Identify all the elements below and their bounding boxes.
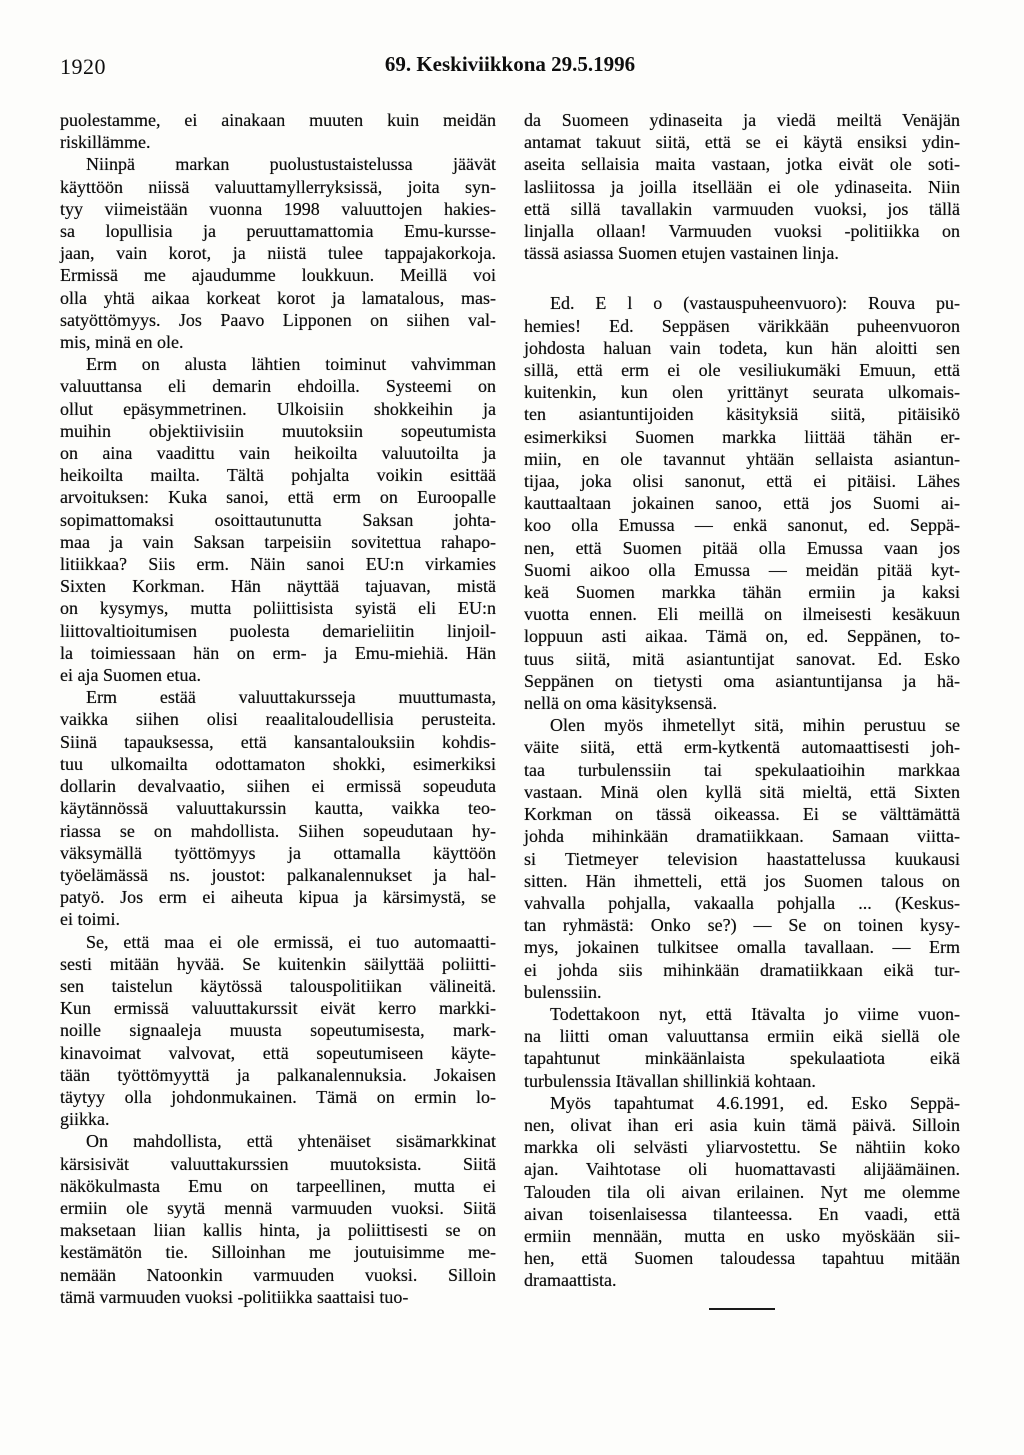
- text-line: vaikka siihen olisi reaalitaloudellisia …: [60, 708, 496, 730]
- text-line: miin, en ole tavannut yhtään sellaista a…: [524, 448, 960, 470]
- section-divider: [709, 1308, 775, 1310]
- paragraph: Ed. E l o (vastauspuheenvuoro): Rouva pu…: [524, 292, 960, 714]
- text-line: tyy viimeistään vuonna 1998 valuuttojen …: [60, 198, 496, 220]
- text-line: la toimiessaan hän on erm- ja Emu-miehiä…: [60, 642, 496, 664]
- text-line: turbulenssia Itävallan shillinkiä kohtaa…: [524, 1070, 960, 1092]
- text-line: nemään Natoonkin varmuuden vuoksi. Sillo…: [60, 1264, 496, 1286]
- text-line: ei aja Suomen etua.: [60, 664, 496, 686]
- text-line: Sixten Korkman. Hän näyttää tajuavan, mi…: [60, 575, 496, 597]
- text-line: Talouden tila oli aivan erilainen. Nyt m…: [524, 1181, 960, 1203]
- text-line: Erm estää valuuttakursseja muuttumasta,: [60, 686, 496, 708]
- text-line: sesti mitään hyvää. Se kuitenkin säilytt…: [60, 953, 496, 975]
- text-line: tapahtunut minkäänlaista spekulaatiota e…: [524, 1047, 960, 1069]
- paragraph: Niinpä markan puolustustaistelussa jäävä…: [60, 153, 496, 353]
- text-line: Kun ermissä valuuttakurssit eivät kerro …: [60, 997, 496, 1019]
- text-line: jaan, vain korot, ja niistä tulee tappaj…: [60, 242, 496, 264]
- text-line: kuitenkin, kun olen yrittänyt seurata ul…: [524, 381, 960, 403]
- text-line: Erm on alusta lähtien toiminut vahvimman: [60, 353, 496, 375]
- text-line: käytännössä valuuttakurssin kautta, vaik…: [60, 797, 496, 819]
- text-line: tämä varmuuden vuoksi -politiikka saatta…: [60, 1286, 496, 1308]
- text-line: tan ryhmästä: Onko se?) — Se on toinen k…: [524, 914, 960, 936]
- text-line: Niinpä markan puolustustaistelussa jäävä…: [60, 153, 496, 175]
- text-line: tässä asiassa Suomen etujen vastainen li…: [524, 242, 960, 264]
- text-line: kärsisivät valuuttakurssien muutoksista.…: [60, 1153, 496, 1175]
- paragraph: da Suomeen ydinaseita ja viedä meiltä Ve…: [524, 109, 960, 264]
- text-line: sa lopullisia ja peruuttamattomia Emu-ku…: [60, 220, 496, 242]
- text-line: maa ja vain Saksan tarpeisiin sovitettua…: [60, 531, 496, 553]
- paragraph: Erm estää valuuttakursseja muuttumasta,v…: [60, 686, 496, 930]
- text-line: heikoilta mailta. Tältä pohjalta voikin …: [60, 464, 496, 486]
- column-left-paragraphs: puolestamme, ei ainakaan muuten kuin mei…: [60, 109, 496, 1308]
- text-line: lasliitossa ja joilla itsellään ei ole y…: [524, 176, 960, 198]
- text-line: johdosta haluan vain todeta, kun hän alo…: [524, 337, 960, 359]
- text-line: da Suomeen ydinaseita ja viedä meiltä Ve…: [524, 109, 960, 131]
- text-line: nen, olivat ihan eri asia kuin tämä päiv…: [524, 1114, 960, 1136]
- text-line: Korkman on tässä oikeassa. Ei se välttäm…: [524, 803, 960, 825]
- paragraph: Myös tapahtumat 4.6.1991, ed. Esko Seppä…: [524, 1092, 960, 1292]
- paragraph: Se, että maa ei ole ermissä, ei tuo auto…: [60, 931, 496, 1131]
- text-line: litiikkaa? Siis erm. Näin sanoi EU:n vir…: [60, 553, 496, 575]
- paragraph: On mahdollista, että yhtenäiset sisämark…: [60, 1130, 496, 1308]
- text-line: näkökulmasta Emu on tarpeellinen, mutta …: [60, 1175, 496, 1197]
- text-line: hemies! Ed. Seppäsen värikkään puheenvuo…: [524, 315, 960, 337]
- text-line: On mahdollista, että yhtenäiset sisämark…: [60, 1130, 496, 1152]
- text-line: työelämässä ns. joustot: palkanalennukse…: [60, 864, 496, 886]
- text-line: kinavoimat valvovat, että sopeutumiseen …: [60, 1042, 496, 1064]
- text-line: satyöttömyys. Jos Paavo Lipponen on siih…: [60, 309, 496, 331]
- text-line: markka oli selvästi yliarvostettu. Se nä…: [524, 1136, 960, 1158]
- text-line: bulenssiin.: [524, 981, 960, 1003]
- text-line: väksymällä työttömyys ja ottamalla käytt…: [60, 842, 496, 864]
- text-line: si Tietmeyer television haastattelussa k…: [524, 848, 960, 870]
- text-line: sopimattomaksi osoittautunutta Saksan jo…: [60, 509, 496, 531]
- text-line: loppuun asti aikaa. Tämä on, ed. Seppäne…: [524, 625, 960, 647]
- text-line: dramaattista.: [524, 1269, 960, 1291]
- text-line: mys, jokainen tulkitsee omalla tavallaan…: [524, 936, 960, 958]
- text-line: keä Suomen markka tähän ermiin ja kaksi: [524, 581, 960, 603]
- text-line: linjalla ollaan! Varmuuden vuoksi -polit…: [524, 220, 960, 242]
- text-line: ten asiantuntijoiden käsityksiä siitä, p…: [524, 403, 960, 425]
- text-line: hen, että Suomen taloudessa tapahtuu mit…: [524, 1247, 960, 1269]
- text-line: antamat takuut siitä, että se ei käytä e…: [524, 131, 960, 153]
- text-line: sitten. Hän ihmetteli, että jos Suomen t…: [524, 870, 960, 892]
- paragraph: puolestamme, ei ainakaan muuten kuin mei…: [60, 109, 496, 153]
- text-line: dollarin devalvaatio, siihen ei ermissä …: [60, 775, 496, 797]
- text-line: Olen myös ihmetellyt sitä, mihin perustu…: [524, 714, 960, 736]
- text-line: vastaan. Minä olen kyllä sitä mieltä, et…: [524, 781, 960, 803]
- paragraph: Todettakoon nyt, että Itävalta jo viime …: [524, 1003, 960, 1092]
- column-right-paragraphs: da Suomeen ydinaseita ja viedä meiltä Ve…: [524, 109, 960, 1292]
- text-line: ajan. Vaihtotase oli huomattavasti alijä…: [524, 1158, 960, 1180]
- text-line: nen, että Suomen pitää olla Emussa vaan …: [524, 537, 960, 559]
- text-line: ermiin mennään, mutta en usko myöskään s…: [524, 1225, 960, 1247]
- text-line: Todettakoon nyt, että Itävalta jo viime …: [524, 1003, 960, 1025]
- page-header: 1920 69. Keskiviikkona 29.5.1996: [60, 52, 960, 82]
- text-line: Myös tapahtumat 4.6.1991, ed. Esko Seppä…: [524, 1092, 960, 1114]
- paragraph: Olen myös ihmetellyt sitä, mihin perustu…: [524, 714, 960, 1003]
- text-line: ei toimi.: [60, 908, 496, 930]
- text-line: riskillämme.: [60, 131, 496, 153]
- text-line: giikka.: [60, 1108, 496, 1130]
- text-line: Ed. E l o (vastauspuheenvuoro): Rouva pu…: [524, 292, 960, 314]
- text-line: olla yhtä aikaa korkeat korot ja lamatal…: [60, 287, 496, 309]
- text-line: noille signaaleja muusta sopeutumisesta,…: [60, 1019, 496, 1041]
- column-left: puolestamme, ei ainakaan muuten kuin mei…: [60, 109, 496, 1310]
- text-line: kestämätön tie. Silloinhan me joutuisimm…: [60, 1241, 496, 1263]
- text-line: tään työttömyyttä ja palkanalennuksia. J…: [60, 1064, 496, 1086]
- text-line: na liitti oman valuuttansa ermiin eikä s…: [524, 1025, 960, 1047]
- text-line: että sillä tavallakin varmuuden vuoksi, …: [524, 198, 960, 220]
- text-line: ollut epäsymmetrinen. Ulkoisiin shokkeih…: [60, 398, 496, 420]
- text-line: Se, että maa ei ole ermissä, ei tuo auto…: [60, 931, 496, 953]
- text-line: mis, minä en ole.: [60, 331, 496, 353]
- text-line: vahvalla pohjalla, vakaalla pohjalla ...…: [524, 892, 960, 914]
- text-line: Ermissä me ajaudumme loukkuun. Meillä vo…: [60, 264, 496, 286]
- paragraph: Erm on alusta lähtien toiminut vahvimman…: [60, 353, 496, 686]
- text-line: nellä on oma käsityksensä.: [524, 692, 960, 714]
- text-line: tuus siitä, mitä asiantuntijat sanovat. …: [524, 648, 960, 670]
- text-line: taa turbulenssiin tai spekulaatioihin ma…: [524, 759, 960, 781]
- text-line: tuu ulkomailta odottamaton shokki, esime…: [60, 753, 496, 775]
- text-line: johda mihinkään dramatiikkaan. Samaan vi…: [524, 825, 960, 847]
- text-line: aivan toisenlaisessa tilanteessa. En vaa…: [524, 1203, 960, 1225]
- text-line: liittovaltioitumisen puolesta demarielii…: [60, 620, 496, 642]
- text-line: patyö. Jos erm ei aiheuta kipua ja kärsi…: [60, 886, 496, 908]
- text-line: koo olla Emussa — enkä sanonut, ed. Sepp…: [524, 514, 960, 536]
- text-line: sillä, että erm ei ole vesiliukumäki Emu…: [524, 359, 960, 381]
- text-line: riassa se on mahdollista. Siihen sopeudu…: [60, 820, 496, 842]
- text-line: valuuttansa eli demarin ehdoilla. Systee…: [60, 375, 496, 397]
- text-line: ei johda siis mihinkään dramatiikkaan ei…: [524, 959, 960, 981]
- text-line: väite siitä, että erm-kytkentä automaatt…: [524, 736, 960, 758]
- text-line: kauttaaltaan jokainen sanoo, että jos Su…: [524, 492, 960, 514]
- text-line: Siinä tapauksessa, että kansantalouksiin…: [60, 731, 496, 753]
- text-line: muihin objektiivisiin muutoksiin sopeutu…: [60, 420, 496, 442]
- text-line: Seppänen on tietysti oma asiantuntijansa…: [524, 670, 960, 692]
- text-line: täytyy olla johdonmukainen. Tämä on ermi…: [60, 1086, 496, 1108]
- text-line: maksetaan liian kallis hinta, ja poliitt…: [60, 1219, 496, 1241]
- text-columns: puolestamme, ei ainakaan muuten kuin mei…: [60, 109, 960, 1310]
- text-line: on aina vaadittu vain heikoilta valuutoi…: [60, 442, 496, 464]
- text-line: tijaa, joka olisi sanonut, että ei pitäi…: [524, 470, 960, 492]
- text-line: esimerkiksi Suomen markka liittää tähän …: [524, 426, 960, 448]
- text-line: käyttöön niissä valuuttamyllerryksissä, …: [60, 176, 496, 198]
- column-right: da Suomeen ydinaseita ja viedä meiltä Ve…: [524, 109, 960, 1310]
- text-line: sen taistelun käytössä talouspolitiikan …: [60, 975, 496, 997]
- session-title: 69. Keskiviikkona 29.5.1996: [60, 52, 960, 77]
- text-line: Suomi aikoo olla Emussa — meidän pitää k…: [524, 559, 960, 581]
- text-line: aseita sellaisia maita vastaan, jotka ei…: [524, 153, 960, 175]
- document-page: 1920 69. Keskiviikkona 29.5.1996 puolest…: [0, 0, 1024, 1455]
- text-line: vuotta ennen. Eli meillä on ilmeisesti k…: [524, 603, 960, 625]
- text-line: puolestamme, ei ainakaan muuten kuin mei…: [60, 109, 496, 131]
- text-line: arvoituksen: Kuka sanoi, että erm on Eur…: [60, 486, 496, 508]
- text-line: ermiin ole syytä mennä varmuuden vuoksi.…: [60, 1197, 496, 1219]
- text-line: on kysymys, mutta poliittisista syistä e…: [60, 597, 496, 619]
